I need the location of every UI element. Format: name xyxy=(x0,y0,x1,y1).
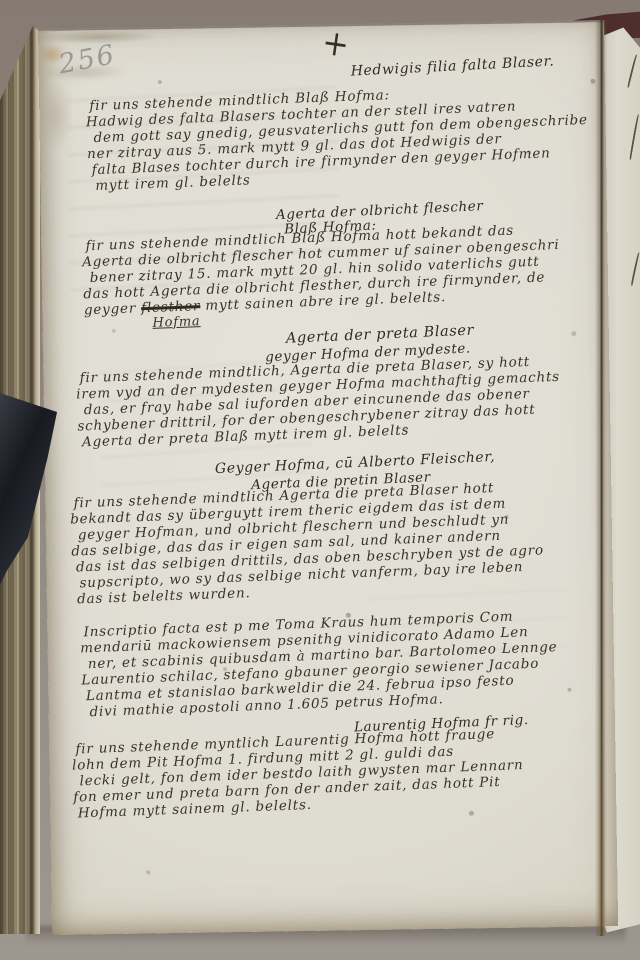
manuscript-paragraph: fir uns stehende mindtlich Blaß Hofma ho… xyxy=(85,221,565,318)
manuscript-paragraph: fir uns stehende myntlich Laurentig Hofm… xyxy=(75,725,522,821)
ink-mark xyxy=(629,114,639,160)
entry-heading: Agerta der olbricht flescher xyxy=(276,198,484,223)
ink-mark xyxy=(627,54,637,87)
stain xyxy=(39,80,74,151)
left-page: 256 + Hedwigis filia falta Blaser. fir u… xyxy=(38,20,618,935)
cross-mark: + xyxy=(319,21,351,66)
manuscript-paragraph: fir uns stehende mindtlich, Agerta die p… xyxy=(79,353,566,451)
ink-mark xyxy=(630,252,639,286)
stain-speckles xyxy=(38,31,40,33)
entry-title: Hedwigis filia falta Blaser. xyxy=(350,53,554,79)
manuscript-paragraph: fir uns stehende mindtlich Blaß Hofma:Ha… xyxy=(89,80,587,194)
manuscript-photo: { "page": { "folio_number": "256", "cros… xyxy=(0,0,640,960)
gutter-crease xyxy=(595,20,607,936)
correction-word: Hofma xyxy=(152,314,201,331)
manuscript-paragraph: fir uns stehende mindtlich Agerta die pr… xyxy=(73,478,545,607)
line-text: geyger xyxy=(84,300,142,318)
manuscript-paragraph: Inscriptio facta est p me Toma Kraus hum… xyxy=(83,607,556,720)
